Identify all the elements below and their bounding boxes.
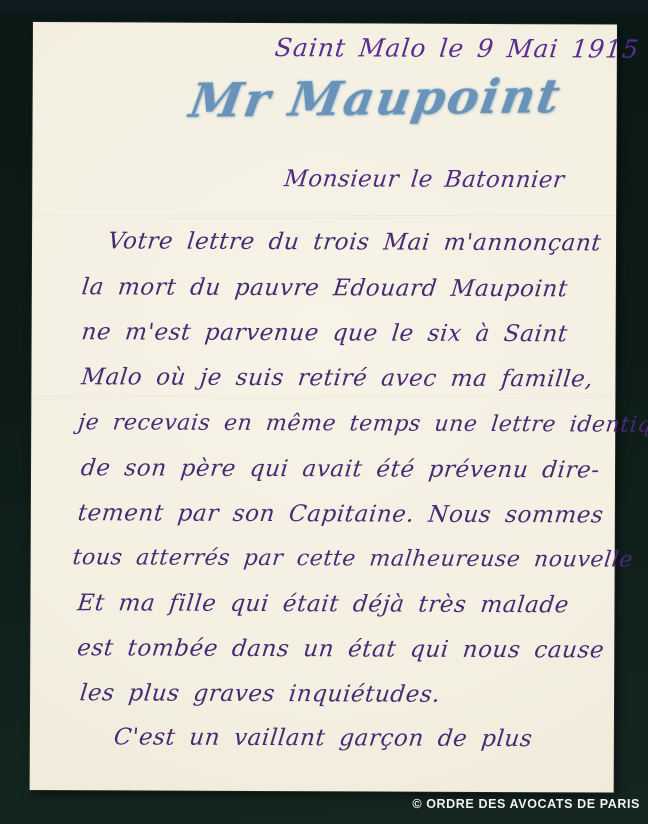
- letter-line: Votre lettre du trois Mai m'annonçant: [107, 228, 603, 256]
- letter-line: tous atterrés par cette malheureuse nouv…: [71, 545, 634, 572]
- letter-line: est tombée dans un état qui nous cause: [76, 635, 606, 663]
- copyright-watermark: © ORDRE DES AVOCATS DE PARIS: [412, 797, 640, 811]
- photo-background-strip: [0, 0, 648, 14]
- letter-line: les plus graves inquiétudes.: [79, 680, 442, 708]
- letter-line: C'est un vaillant garçon de plus: [112, 724, 533, 752]
- letter-line: de son père qui avait été prévenu dire-: [80, 455, 602, 483]
- letter-line: ne m'est parvenue que le six à Saint: [80, 319, 569, 347]
- letter-dateline: Saint Malo le 9 Mai 1915: [273, 33, 640, 64]
- letter-line: Et ma fille qui était déjà très malade: [76, 590, 570, 618]
- letter-page: Saint Malo le 9 Mai 1915 Mr Maupoint Mon…: [30, 22, 617, 793]
- paper-crease: [31, 395, 615, 400]
- letter-line: tement par son Capitaine. Nous sommes: [76, 500, 605, 528]
- blue-crayon-annotation: Mr Maupoint: [186, 69, 566, 129]
- paper-crease: [32, 215, 616, 219]
- letter-line: Malo où je suis retiré avec ma famille,: [80, 364, 595, 392]
- letter-line: la mort du pauvre Edouard Maupoint: [80, 274, 569, 302]
- letter-line: je recevais en même temps une lettre ide…: [77, 410, 648, 438]
- letter-salutation: Monsieur le Batonnier: [283, 166, 566, 193]
